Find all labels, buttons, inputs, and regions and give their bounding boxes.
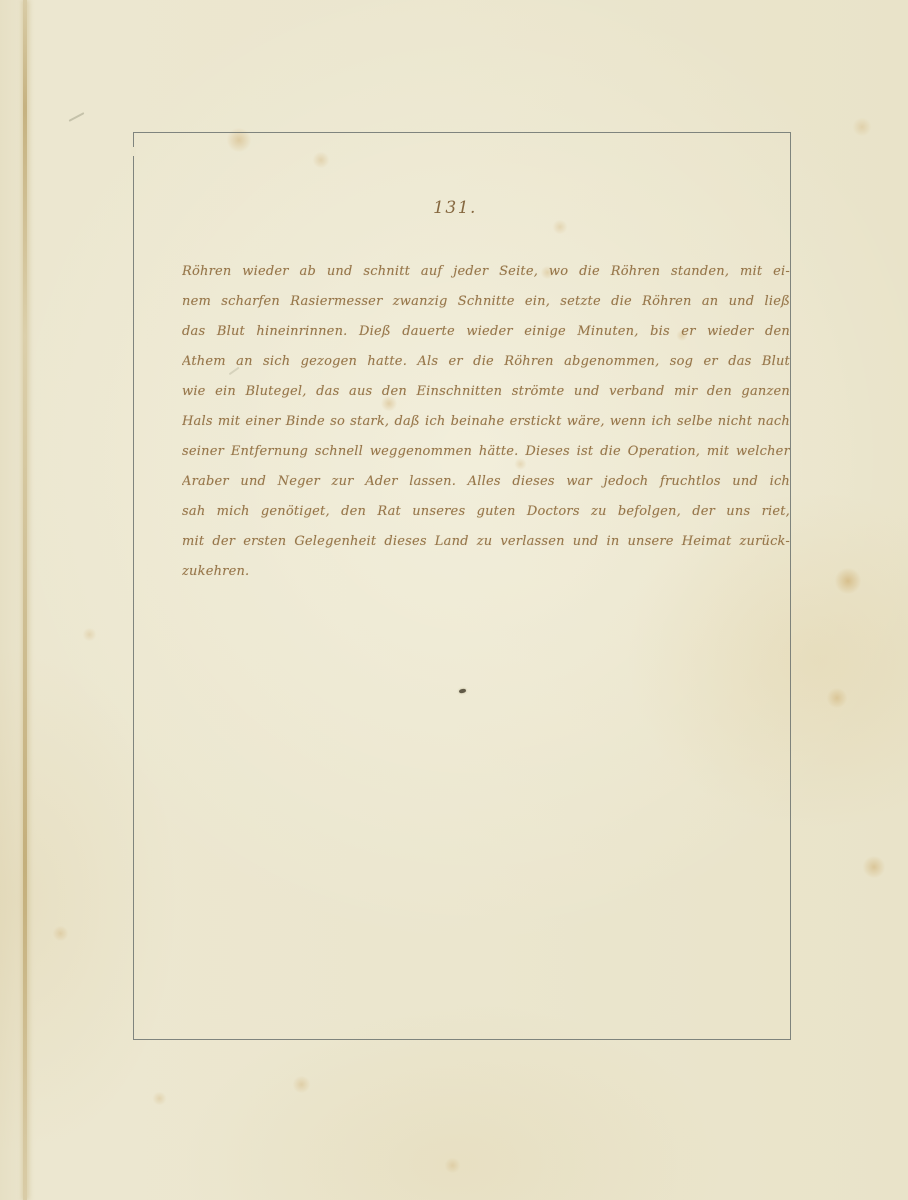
handwritten-text-block: Röhren wieder ab und schnitt auf jeder S… xyxy=(182,257,790,587)
foxing-spot xyxy=(52,926,69,941)
foxing-spot xyxy=(852,118,872,136)
foxing-spot xyxy=(292,1076,311,1093)
page-number: 131. xyxy=(133,198,777,218)
foxing-spot xyxy=(862,856,886,878)
manuscript-line: wie ein Blutegel, das aus den Einschnitt… xyxy=(182,377,790,407)
manuscript-line: Athem an sich gezogen hatte. Als er die … xyxy=(182,347,790,377)
paper-scratch-mark xyxy=(69,112,85,122)
foxing-spot xyxy=(82,628,97,641)
foxing-spot xyxy=(834,568,862,594)
manuscript-line: sah mich genötiget, den Rat unseres gute… xyxy=(182,497,790,527)
frame-line-gap xyxy=(131,147,136,156)
manuscript-line: Araber und Neger zur Ader lassen. Alles … xyxy=(182,467,790,497)
foxing-spot xyxy=(826,688,848,708)
foxing-spot xyxy=(152,1092,167,1105)
manuscript-line: Röhren wieder ab und schnitt auf jeder S… xyxy=(182,257,790,287)
manuscript-line: seiner Entfernung schnell weggenommen hä… xyxy=(182,437,790,467)
manuscript-line: mit der ersten Gelegenheit dieses Land z… xyxy=(182,527,790,557)
manuscript-line: Hals mit einer Binde so stark, daß ich b… xyxy=(182,407,790,437)
binding-crease xyxy=(23,0,27,1200)
foxing-spot xyxy=(444,1158,461,1173)
manuscript-line: das Blut hineinrinnen. Dieß dauerte wied… xyxy=(182,317,790,347)
manuscript-line: zukehren. xyxy=(182,557,790,587)
manuscript-page-scan: 131. Röhren wieder ab und schnitt auf je… xyxy=(0,0,908,1200)
manuscript-line: nem scharfen Rasiermesser zwanzig Schnit… xyxy=(182,287,790,317)
